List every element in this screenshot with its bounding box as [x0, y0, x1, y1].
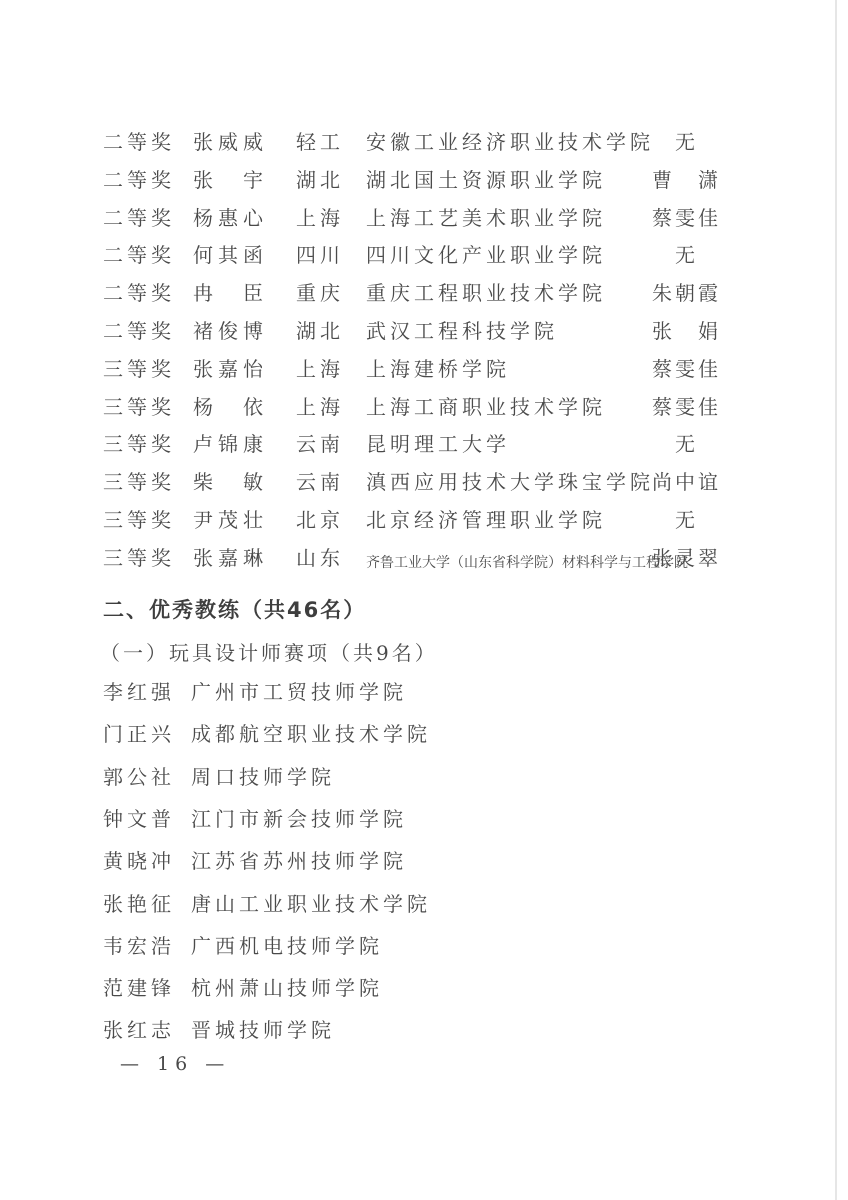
coach-name: 张灵翠	[652, 546, 718, 570]
coach-char: 无	[675, 432, 695, 456]
name-char: 茂	[218, 508, 238, 532]
region: 云南	[296, 432, 344, 456]
award-level: 三等奖	[103, 432, 175, 456]
award-level: 二等奖	[103, 130, 175, 154]
award-level: 三等奖	[103, 395, 175, 419]
coach-school: 唐山工业职业技术学院	[191, 892, 431, 916]
list-item: 门正兴成都航空职业技术学院	[103, 718, 431, 747]
coach-name: 郭公社	[103, 761, 191, 790]
subsection-heading-toy-designer: （一）玩具设计师赛项（共9名）	[100, 637, 438, 666]
coach-name: 无	[652, 432, 718, 456]
region: 湖北	[296, 319, 344, 343]
name-char: 心	[243, 206, 263, 230]
name-char: 宇	[243, 168, 263, 192]
list-item: 张红志晋城技师学院	[103, 1014, 335, 1043]
coach-char: 朝	[675, 281, 695, 305]
winner-name: 张宇	[193, 168, 263, 192]
coach-char: 娟	[698, 319, 718, 343]
coach-char: 无	[675, 508, 695, 532]
school: 四川文化产业职业学院	[366, 243, 606, 267]
name-char: 嘉	[218, 546, 238, 570]
award-level: 三等奖	[103, 508, 175, 532]
coach-school: 周口技师学院	[191, 765, 335, 789]
name-char: 冉	[193, 281, 213, 305]
coach-char: 雯	[675, 395, 695, 419]
coach-char: 无	[675, 243, 695, 267]
name-char: 臣	[243, 281, 263, 305]
coach-name: 门正兴	[103, 718, 191, 747]
name-char: 琳	[243, 546, 263, 570]
name-char: 其	[218, 243, 238, 267]
coach-name: 蔡雯佳	[652, 357, 718, 381]
coach-name: 张娟	[652, 319, 718, 343]
name-char: 俊	[218, 319, 238, 343]
winner-name: 杨惠心	[193, 206, 263, 230]
school: 上海工商职业技术学院	[366, 395, 606, 419]
coach-char: 佳	[698, 395, 718, 419]
school: 齐鲁工业大学（山东省科学院）材料科学与工程学院	[366, 551, 688, 575]
region: 上海	[296, 395, 344, 419]
name-char: 尹	[193, 508, 213, 532]
coach-school: 杭州萧山技师学院	[191, 976, 383, 1000]
name-char: 张	[193, 168, 213, 192]
school: 重庆工程职业技术学院	[366, 281, 606, 305]
school: 安徽工业经济职业技术学院	[366, 130, 654, 154]
coach-char: 朱	[652, 281, 672, 305]
name-char: 敏	[243, 470, 263, 494]
school: 北京经济管理职业学院	[366, 508, 606, 532]
award-level: 二等奖	[103, 206, 175, 230]
coach-name: 曹潇	[652, 168, 718, 192]
winner-name: 柴敏	[193, 470, 263, 494]
name-char: 褚	[193, 319, 213, 343]
region: 山东	[296, 546, 344, 570]
list-item: 李红强广州市工贸技师学院	[103, 676, 407, 705]
winner-name: 张嘉琳	[193, 546, 263, 570]
coach-char: 佳	[698, 206, 718, 230]
name-char: 威	[243, 130, 263, 154]
coach-name: 无	[652, 130, 718, 154]
coach-char: 蔡	[652, 357, 672, 381]
name-char: 柴	[193, 470, 213, 494]
coach-name: 李红强	[103, 676, 191, 705]
page-edge	[835, 0, 837, 1200]
coach-name: 无	[652, 508, 718, 532]
coach-char: 谊	[698, 470, 718, 494]
coach-school: 江苏省苏州技师学院	[191, 849, 407, 873]
region: 四川	[296, 243, 344, 267]
coach-school: 成都航空职业技术学院	[191, 722, 431, 746]
school: 上海建桥学院	[366, 357, 510, 381]
coach-school: 广西机电技师学院	[191, 934, 383, 958]
region: 重庆	[296, 281, 344, 305]
coach-char: 潇	[698, 168, 718, 192]
school: 滇西应用技术大学珠宝学院	[366, 470, 654, 494]
list-item: 黄晓冲江苏省苏州技师学院	[103, 845, 407, 874]
coach-char: 佳	[698, 357, 718, 381]
coach-char: 霞	[698, 281, 718, 305]
list-item: 郭公社周口技师学院	[103, 761, 335, 790]
award-level: 三等奖	[103, 357, 175, 381]
coach-char: 蔡	[652, 206, 672, 230]
school: 武汉工程科技学院	[366, 319, 558, 343]
school: 上海工艺美术职业学院	[366, 206, 606, 230]
coach-name: 韦宏浩	[103, 930, 191, 959]
winner-name: 张嘉怡	[193, 357, 263, 381]
coach-char: 中	[675, 470, 695, 494]
coach-name: 尚中谊	[652, 470, 718, 494]
coach-char: 无	[675, 130, 695, 154]
coach-school: 晋城技师学院	[191, 1018, 335, 1042]
name-char: 张	[193, 546, 213, 570]
name-char: 壮	[243, 508, 263, 532]
award-level: 二等奖	[103, 319, 175, 343]
name-char: 卢	[193, 432, 213, 456]
name-char: 杨	[193, 206, 213, 230]
coach-char: 雯	[675, 357, 695, 381]
name-char: 康	[243, 432, 263, 456]
coach-school: 广州市工贸技师学院	[191, 680, 407, 704]
coach-name: 钟文普	[103, 803, 191, 832]
coach-name: 蔡雯佳	[652, 395, 718, 419]
winner-name: 尹茂壮	[193, 508, 263, 532]
coach-char: 曹	[652, 168, 672, 192]
list-item: 韦宏浩广西机电技师学院	[103, 930, 383, 959]
coach-char: 尚	[652, 470, 672, 494]
winner-name: 张威威	[193, 130, 263, 154]
coach-char: 张	[652, 319, 672, 343]
section-heading-excellent-coaches: 二、优秀教练（共46名）	[103, 594, 366, 624]
name-char: 锦	[218, 432, 238, 456]
coach-name: 张艳征	[103, 888, 191, 917]
winner-name: 冉臣	[193, 281, 263, 305]
name-char: 依	[243, 395, 263, 419]
list-item: 张艳征唐山工业职业技术学院	[103, 888, 431, 917]
region: 北京	[296, 508, 344, 532]
region: 云南	[296, 470, 344, 494]
name-char: 威	[218, 130, 238, 154]
award-level: 三等奖	[103, 470, 175, 494]
coach-char: 蔡	[652, 395, 672, 419]
coach-name: 范建锋	[103, 972, 191, 1001]
winner-name: 褚俊博	[193, 319, 263, 343]
name-char: 惠	[218, 206, 238, 230]
coach-school: 江门市新会技师学院	[191, 807, 407, 831]
coach-name: 张红志	[103, 1014, 191, 1043]
winner-name: 何其函	[193, 243, 263, 267]
coach-char: 张	[652, 546, 672, 570]
list-item: 范建锋杭州萧山技师学院	[103, 972, 383, 1001]
award-level: 二等奖	[103, 243, 175, 267]
coach-char: 雯	[675, 206, 695, 230]
coach-name: 无	[652, 243, 718, 267]
coach-char: 灵	[675, 546, 695, 570]
coach-name: 蔡雯佳	[652, 206, 718, 230]
award-level: 二等奖	[103, 281, 175, 305]
name-char: 何	[193, 243, 213, 267]
award-level: 二等奖	[103, 168, 175, 192]
coach-name: 朱朝霞	[652, 281, 718, 305]
school: 昆明理工大学	[366, 432, 510, 456]
school: 湖北国土资源职业学院	[366, 168, 606, 192]
winner-name: 卢锦康	[193, 432, 263, 456]
name-char: 张	[193, 357, 213, 381]
name-char: 杨	[193, 395, 213, 419]
coach-char: 翠	[698, 546, 718, 570]
region: 上海	[296, 206, 344, 230]
name-char: 嘉	[218, 357, 238, 381]
name-char: 怡	[243, 357, 263, 381]
name-char: 张	[193, 130, 213, 154]
name-char: 博	[243, 319, 263, 343]
region: 湖北	[296, 168, 344, 192]
list-item: 钟文普江门市新会技师学院	[103, 803, 407, 832]
award-level: 三等奖	[103, 546, 175, 570]
region: 上海	[296, 357, 344, 381]
winner-name: 杨依	[193, 395, 263, 419]
region: 轻工	[296, 130, 344, 154]
page-number: — 16 —	[120, 1053, 230, 1075]
coach-name: 黄晓冲	[103, 845, 191, 874]
name-char: 函	[243, 243, 263, 267]
